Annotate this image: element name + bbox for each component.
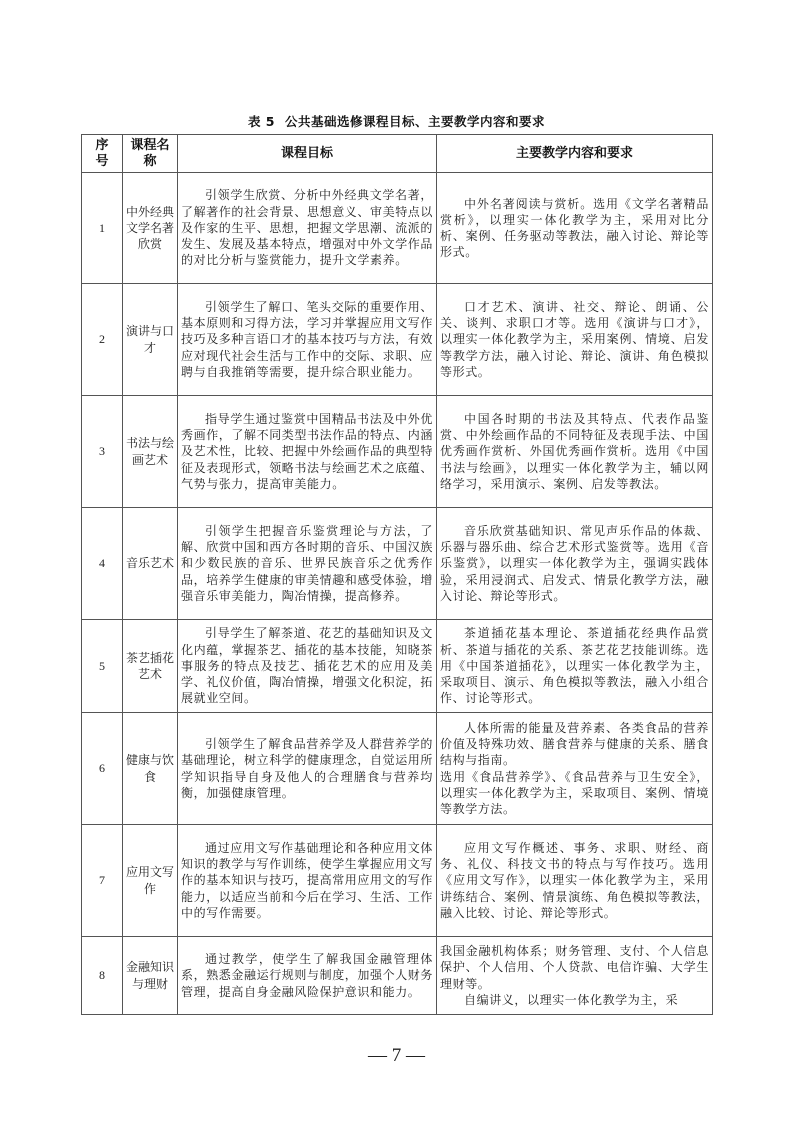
table-row: 1 中外经典文学名著欣赏 引领学生欣赏、分析中外经典文学名著，了解著作的社会背景… (82, 173, 713, 284)
row-course-goal: 引领学生了解食品营养学及人群营养学的基础理论，树立科学的健康理念，自觉运用所学知… (178, 713, 437, 825)
row-index: 8 (82, 937, 123, 1015)
row-course-goal: 引导学生了解茶道、花艺的基础知识及文化内蕴，掌握茶艺、插花的基本技能，知晓茶事服… (178, 620, 437, 713)
table-row: 4 音乐艺术 引领学生把握音乐鉴赏理论与方法，了解、欣赏中国和西方各时期的音乐、… (82, 508, 713, 620)
row-content: 应用文写作概述、事务、求职、财经、商务、礼仪、科技文书的特点与写作技巧。选用《应… (437, 825, 713, 937)
row-index: 4 (82, 508, 123, 620)
table-row: 2 演讲与口才 引领学生了解口、笔头交际的重要作用、基本原则和习得方法，学习并掌… (82, 284, 713, 396)
table-row: 8 金融知识与理财 通过教学，使学生了解我国金融管理体系，熟悉金融运行规则与制度… (82, 937, 713, 1015)
row-course-name: 应用文写作 (123, 825, 178, 937)
header-course-name: 课程名称 (123, 135, 178, 173)
table-row: 5 茶艺插花艺术 引导学生了解茶道、花艺的基础知识及文化内蕴，掌握茶艺、插花的基… (82, 620, 713, 713)
row-course-goal: 引领学生把握音乐鉴赏理论与方法，了解、欣赏中国和西方各时期的音乐、中国汉族和少数… (178, 508, 437, 620)
row-content: 我国金融机构体系；财务管理、支付、个人信息保护、个人信用、个人贷款、电信诈骗、大… (437, 937, 713, 1015)
row-course-goal: 通过教学，使学生了解我国金融管理体系，熟悉金融运行规则与制度，加强个人财务管理，… (178, 937, 437, 1015)
row-content: 音乐欣赏基础知识、常见声乐作品的体裁、乐器与器乐曲、综合艺术形式鉴赏等。选用《音… (437, 508, 713, 620)
row-course-name: 音乐艺术 (123, 508, 178, 620)
row-course-name: 健康与饮食 (123, 713, 178, 825)
row-content: 中外名著阅读与赏析。选用《文学名著精品赏析》，以理实一体化教学为主，采用对比分析… (437, 173, 713, 284)
table-row: 6 健康与饮食 引领学生了解食品营养学及人群营养学的基础理论，树立科学的健康理念… (82, 713, 713, 825)
header-content: 主要教学内容和要求 (437, 135, 713, 173)
table-number: 表 5 (248, 114, 275, 129)
row-content: 人体所需的能量及营养素、各类食品的营养价值及特殊功效、膳食营养与健康的关系、膳食… (437, 713, 713, 825)
table-caption: 表 5公共基础选修课程目标、主要教学内容和要求 (0, 112, 793, 130)
row-course-goal: 引领学生了解口、笔头交际的重要作用、基本原则和习得方法，学习并掌握应用文写作技巧… (178, 284, 437, 396)
row-index: 1 (82, 173, 123, 284)
row-course-name: 中外经典文学名著欣赏 (123, 173, 178, 284)
row-course-goal: 通过应用文写作基础理论和各种应用文体知识的教学与写作训练，使学生掌握应用文写作的… (178, 825, 437, 937)
table-title: 公共基础选修课程目标、主要教学内容和要求 (285, 114, 545, 129)
row-content: 中国各时期的书法及其特点、代表作品鉴赏、中外绘画作品的不同特征及表现手法、中国优… (437, 396, 713, 508)
header-course-goal: 课程目标 (178, 135, 437, 173)
table-row: 3 书法与绘画艺术 指导学生通过鉴赏中国精品书法及中外优秀画作，了解不同类型书法… (82, 396, 713, 508)
table-row: 7 应用文写作 通过应用文写作基础理论和各种应用文体知识的教学与写作训练，使学生… (82, 825, 713, 937)
row-course-name: 茶艺插花艺术 (123, 620, 178, 713)
row-course-name: 金融知识与理财 (123, 937, 178, 1015)
header-index: 序号 (82, 135, 123, 173)
row-course-goal: 引领学生欣赏、分析中外经典文学名著，了解著作的社会背景、思想意义、审美特点以及作… (178, 173, 437, 284)
row-content: 口才艺术、演讲、社交、辩论、朗诵、公关、谈判、求职口才等。选用《演讲与口才》，以… (437, 284, 713, 396)
table-header-row: 序号 课程名称 课程目标 主要教学内容和要求 (82, 135, 713, 173)
row-index: 2 (82, 284, 123, 396)
row-course-name: 演讲与口才 (123, 284, 178, 396)
course-table: 序号 课程名称 课程目标 主要教学内容和要求 1 中外经典文学名著欣赏 引领学生… (81, 134, 713, 1015)
row-course-name: 书法与绘画艺术 (123, 396, 178, 508)
row-index: 7 (82, 825, 123, 937)
page-number: — 7 — (0, 1045, 793, 1067)
row-index: 5 (82, 620, 123, 713)
row-content: 茶道插花基本理论、茶道插花经典作品赏析、茶道与插花的关系、茶艺花艺技能训练。选用… (437, 620, 713, 713)
row-index: 3 (82, 396, 123, 508)
row-index: 6 (82, 713, 123, 825)
row-course-goal: 指导学生通过鉴赏中国精品书法及中外优秀画作，了解不同类型书法作品的特点、内涵及艺… (178, 396, 437, 508)
